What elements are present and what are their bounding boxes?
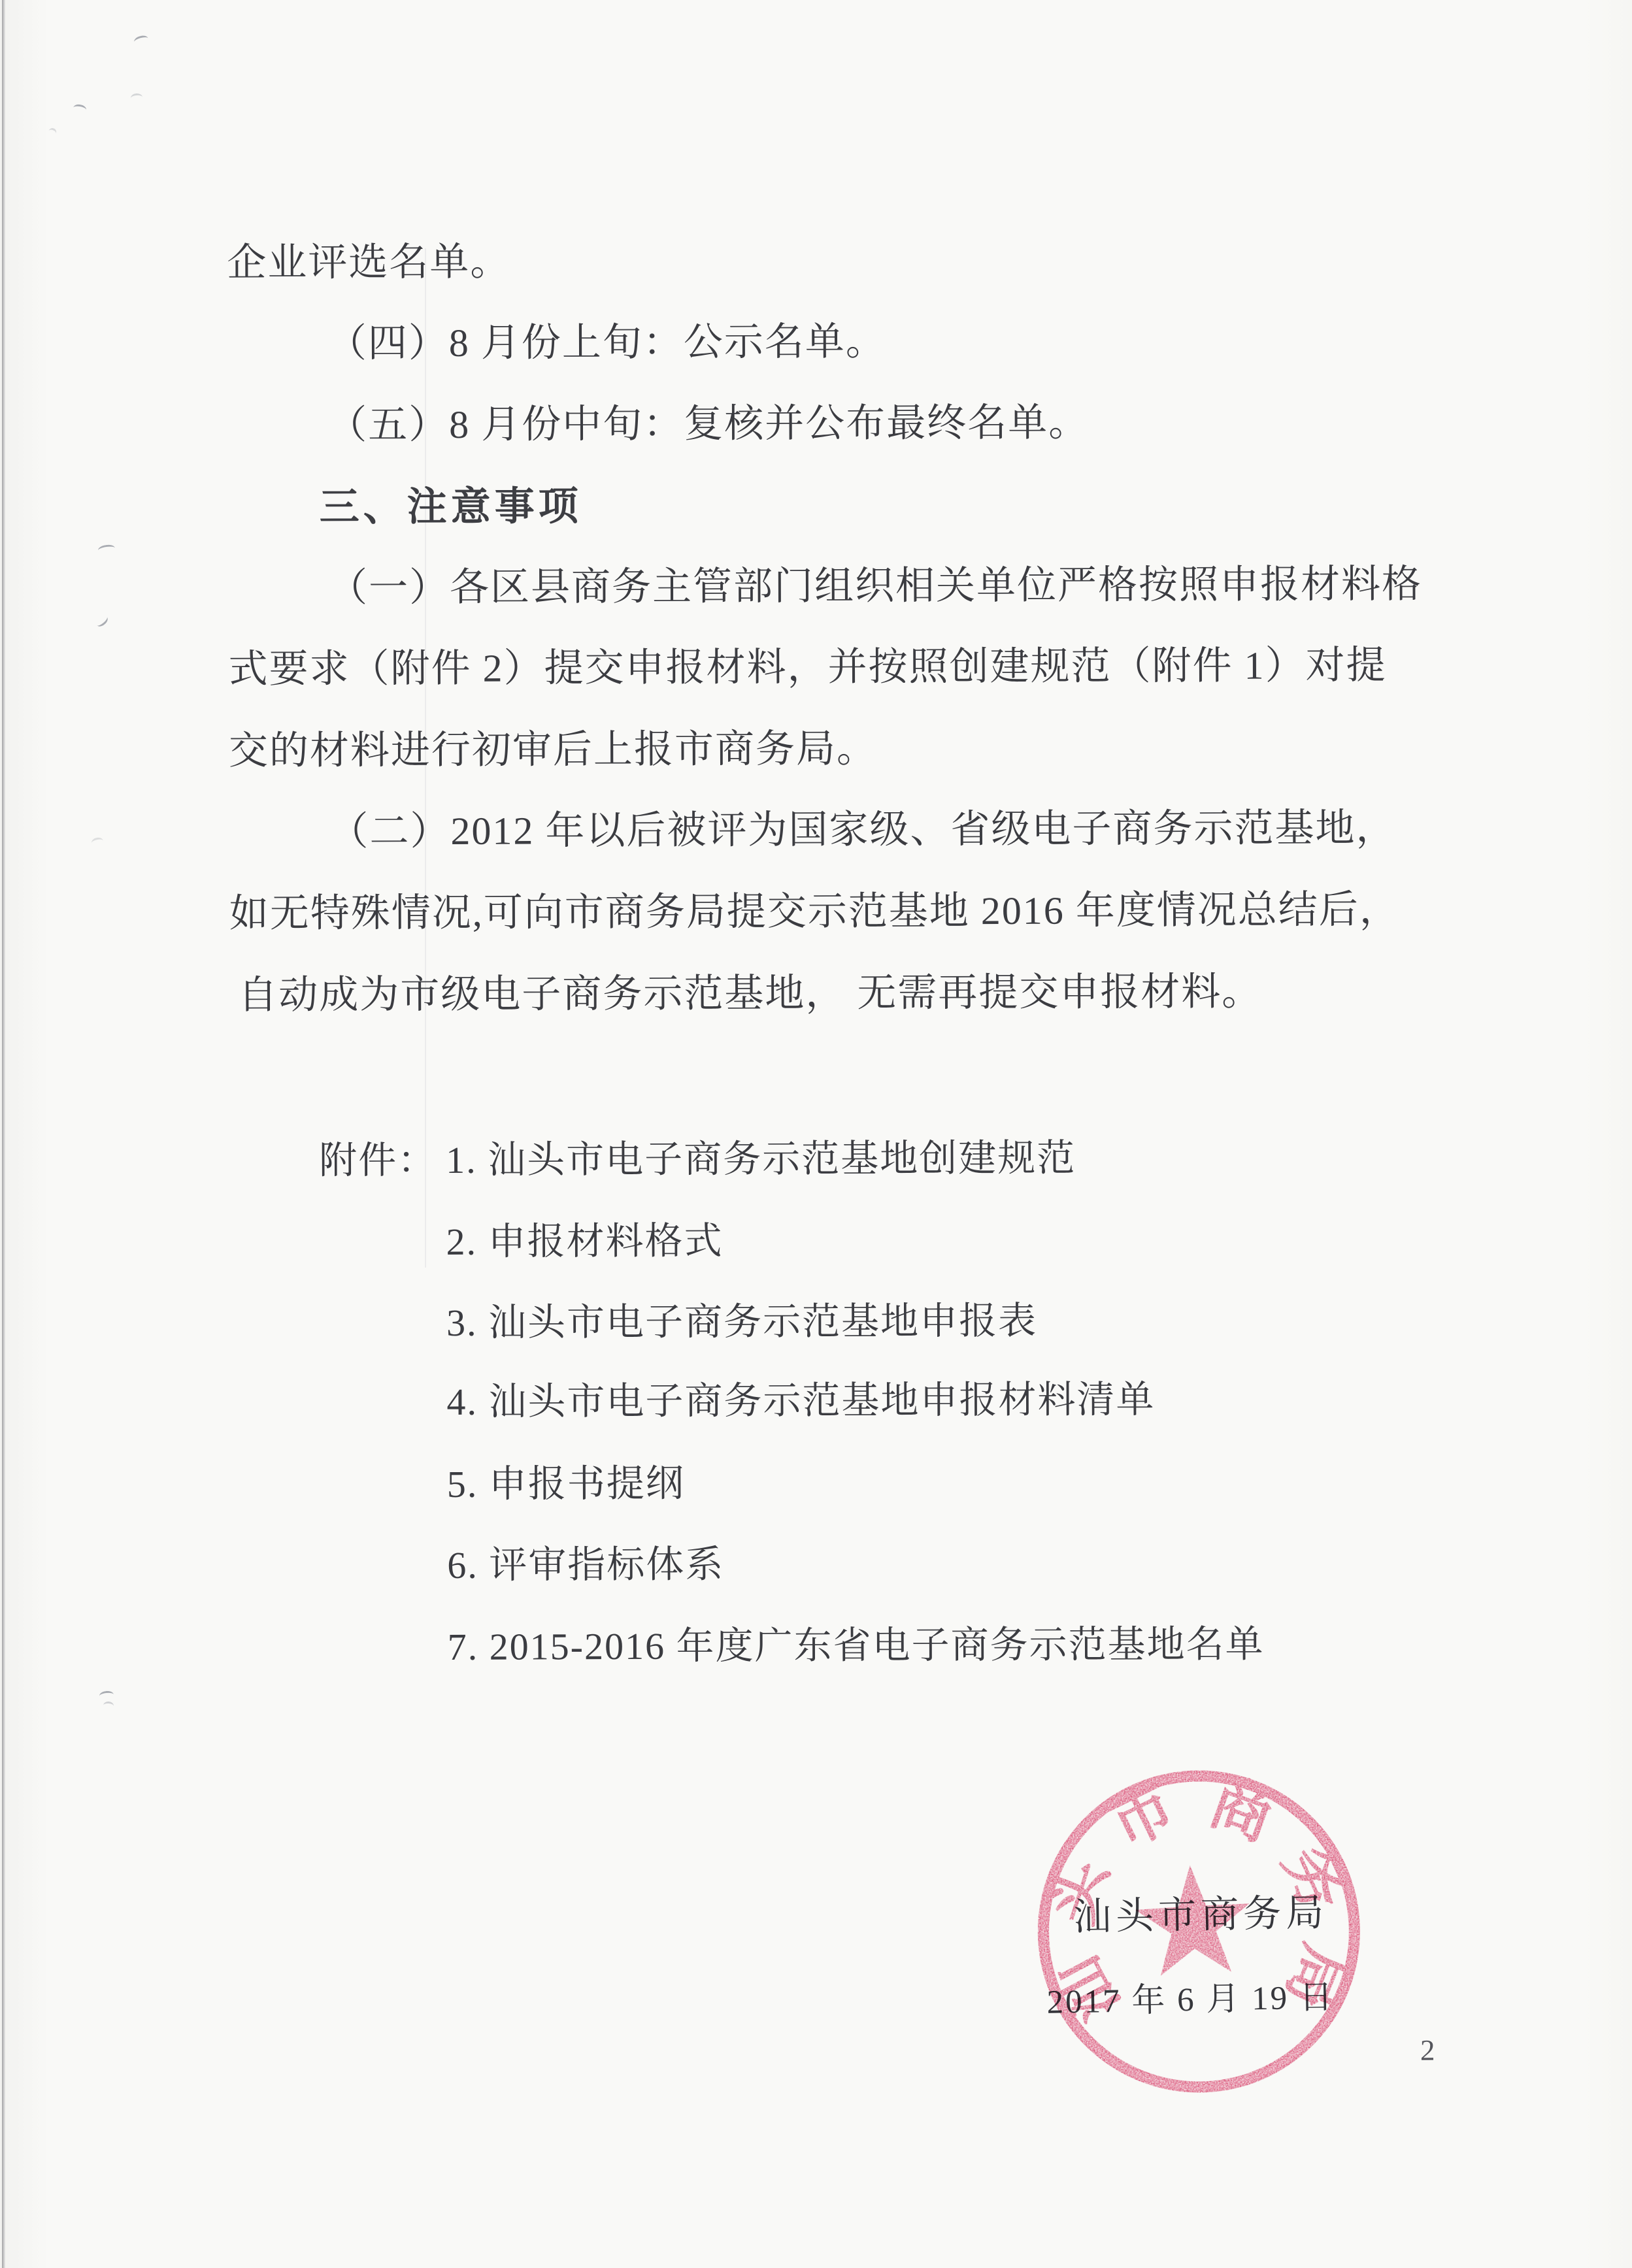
attachment-item: 3. 汕头市电子商务示范基地申报表 bbox=[446, 1302, 1037, 1343]
document-content: 企业评选名单。 （四）8 月份上旬：公示名单。 （五）8 月份中旬：复核并公布最… bbox=[0, 0, 1632, 2268]
schedule-item-4: （四）8 月份上旬：公示名单。 bbox=[327, 321, 886, 365]
document-page: 企业评选名单。 （四）8 月份上旬：公示名单。 （五）8 月份中旬：复核并公布最… bbox=[0, 0, 1632, 2268]
note2-line-1: （二）2012 年以后被评为国家级、省级电子商务示范基地， bbox=[329, 808, 1396, 853]
section-heading: 三、注意事项 bbox=[320, 485, 582, 527]
attachment-item: 5. 申报书提纲 bbox=[447, 1464, 685, 1505]
seal-char: 汕 bbox=[1041, 1947, 1133, 2035]
note1-line-2: 式要求（附件 2）提交申报材料，并按照创建规范（附件 1）对提 bbox=[228, 645, 1386, 690]
attachment-item: 2. 申报材料格式 bbox=[446, 1221, 723, 1262]
body-line-intro: 企业评选名单。 bbox=[227, 242, 510, 284]
note1-line-1: （一）各区县商务主管部门组织相关单位严格按照申报材料格 bbox=[328, 564, 1422, 609]
attachment-item: 1. 汕头市电子商务示范基地创建规范 bbox=[446, 1139, 1076, 1181]
note1-line-3: 交的材料进行初审后上报市商务局。 bbox=[229, 729, 877, 772]
attachment-item: 7. 2015-2016 年度广东省电子商务示范基地名单 bbox=[448, 1625, 1265, 1668]
note2-line-2: 如无特殊情况,可向市商务局提交示范基地 2016 年度情况总结后， bbox=[229, 889, 1400, 934]
official-seal: 汕 头 市 商 务 局 bbox=[1015, 1747, 1382, 2114]
seal-char: 局 bbox=[1273, 1935, 1361, 2020]
attachment-item: 6. 评审指标体系 bbox=[447, 1545, 724, 1585]
attachments-label: 附件： bbox=[319, 1141, 437, 1181]
attachment-item: 4. 汕头市电子商务示范基地申报材料清单 bbox=[446, 1380, 1155, 1422]
schedule-item-5: （五）8 月份中旬：复核并公布最终名单。 bbox=[327, 403, 1089, 446]
seal-char: 市 bbox=[1099, 1771, 1186, 1861]
seal-char: 务 bbox=[1270, 1835, 1359, 1920]
page-number: 2 bbox=[1420, 2035, 1435, 2066]
star-icon bbox=[1133, 1862, 1253, 1977]
note2-line-3: 自动成为市级电子商务示范基地， 无需再提交申报材料。 bbox=[238, 972, 1262, 1016]
